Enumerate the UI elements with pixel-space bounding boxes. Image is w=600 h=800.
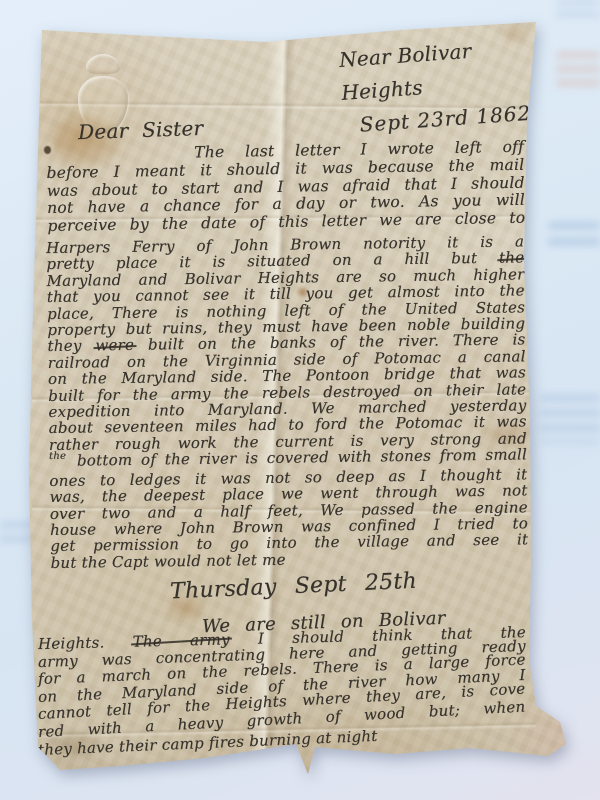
letter-paragraph-3: Heights. The army I should think that th… xyxy=(38,636,526,759)
letter-paragraph-1: The last letter I wrote left offbefore I… xyxy=(46,139,525,236)
crest-crown xyxy=(86,54,120,74)
struck-out-text: the xyxy=(499,249,525,267)
letter-salutation: Dear Sister xyxy=(78,116,204,144)
struck-out-text: were xyxy=(95,336,134,355)
letter-paper-shadow: Near Bolivar HeightsSept 23rd 1862 Dear … xyxy=(0,0,600,800)
letter-paragraph-2: Harpers Ferry of John Brown notority it … xyxy=(46,233,529,571)
letter-paper: Near Bolivar HeightsSept 23rd 1862 Dear … xyxy=(0,0,600,800)
letter-place-date: Near Bolivar HeightsSept 23rd 1862 xyxy=(338,30,550,143)
letter-section-heading: Thursday Sept 25th xyxy=(170,569,418,605)
photo-background: Near Bolivar HeightsSept 23rd 1862 Dear … xyxy=(0,0,600,800)
inserted-text: the xyxy=(49,451,66,462)
